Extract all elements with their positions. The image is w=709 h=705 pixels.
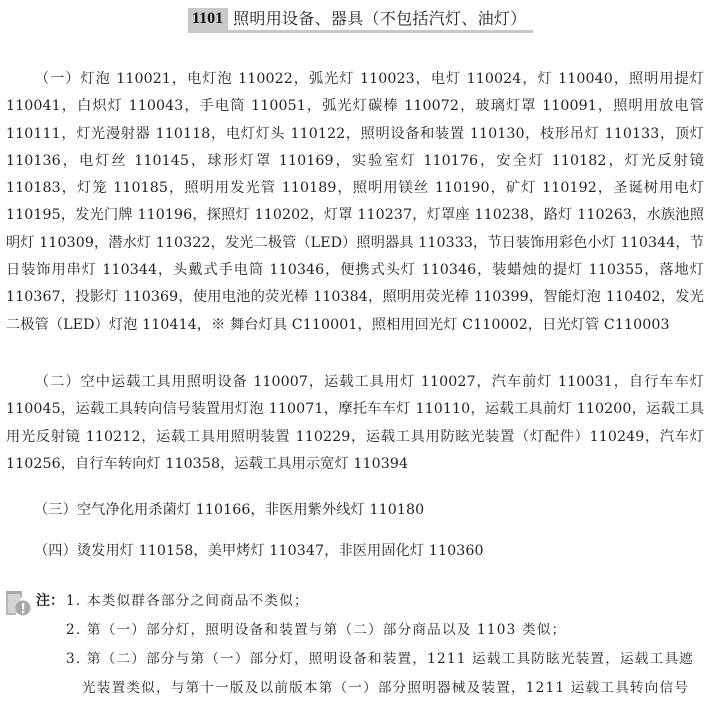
- section-2: （二）空中运载工具用照明设备 110007，运载工具用灯 110027，汽车前灯…: [6, 369, 704, 478]
- class-header: 1101 照明用设备、器具（不包括汽灯、油灯）: [188, 8, 533, 33]
- section-4: （四）烫发用灯 110158，美甲烤灯 110347，非医用固化灯 110360: [6, 538, 704, 565]
- class-code: 1101: [188, 8, 228, 30]
- section-text: （三）空气净化用杀菌灯 110166，非医用紫外线灯 110180: [34, 502, 424, 518]
- note-item: 2. 第（一）部分灯，照明设备和装置与第（二）部分商品以及 1103 类似；: [66, 616, 566, 645]
- section-text: （四）烫发用灯 110158，美甲烤灯 110347，非医用固化灯 110360: [34, 543, 484, 559]
- note-item: 1. 本类似群各部分之间商品不类似；: [66, 587, 309, 616]
- note-item: 3. 第（二）部分与第（一）部分灯，照明设备和装置，1211 运载工具防眩光装置…: [66, 645, 694, 674]
- section-3: （三）空气净化用杀菌灯 110166，非医用紫外线灯 110180: [6, 497, 704, 524]
- note-label: 注：: [36, 587, 64, 616]
- note-warning-icon: [4, 588, 32, 616]
- section-text: （二）空中运载工具用照明设备 110007，运载工具用灯 110027，汽车前灯…: [6, 374, 704, 472]
- section-text: （一）灯泡 110021，电灯泡 110022，弧光灯 110023，电灯 11…: [6, 71, 704, 333]
- section-1: （一）灯泡 110021，电灯泡 110022，弧光灯 110023，电灯 11…: [6, 66, 704, 339]
- class-title: 照明用设备、器具（不包括汽灯、油灯）: [228, 8, 532, 30]
- note-item-continuation: 光装置类似，与第十一版及以前版本第（一）部分照明器械及装置，1211 运载工具转…: [82, 674, 689, 703]
